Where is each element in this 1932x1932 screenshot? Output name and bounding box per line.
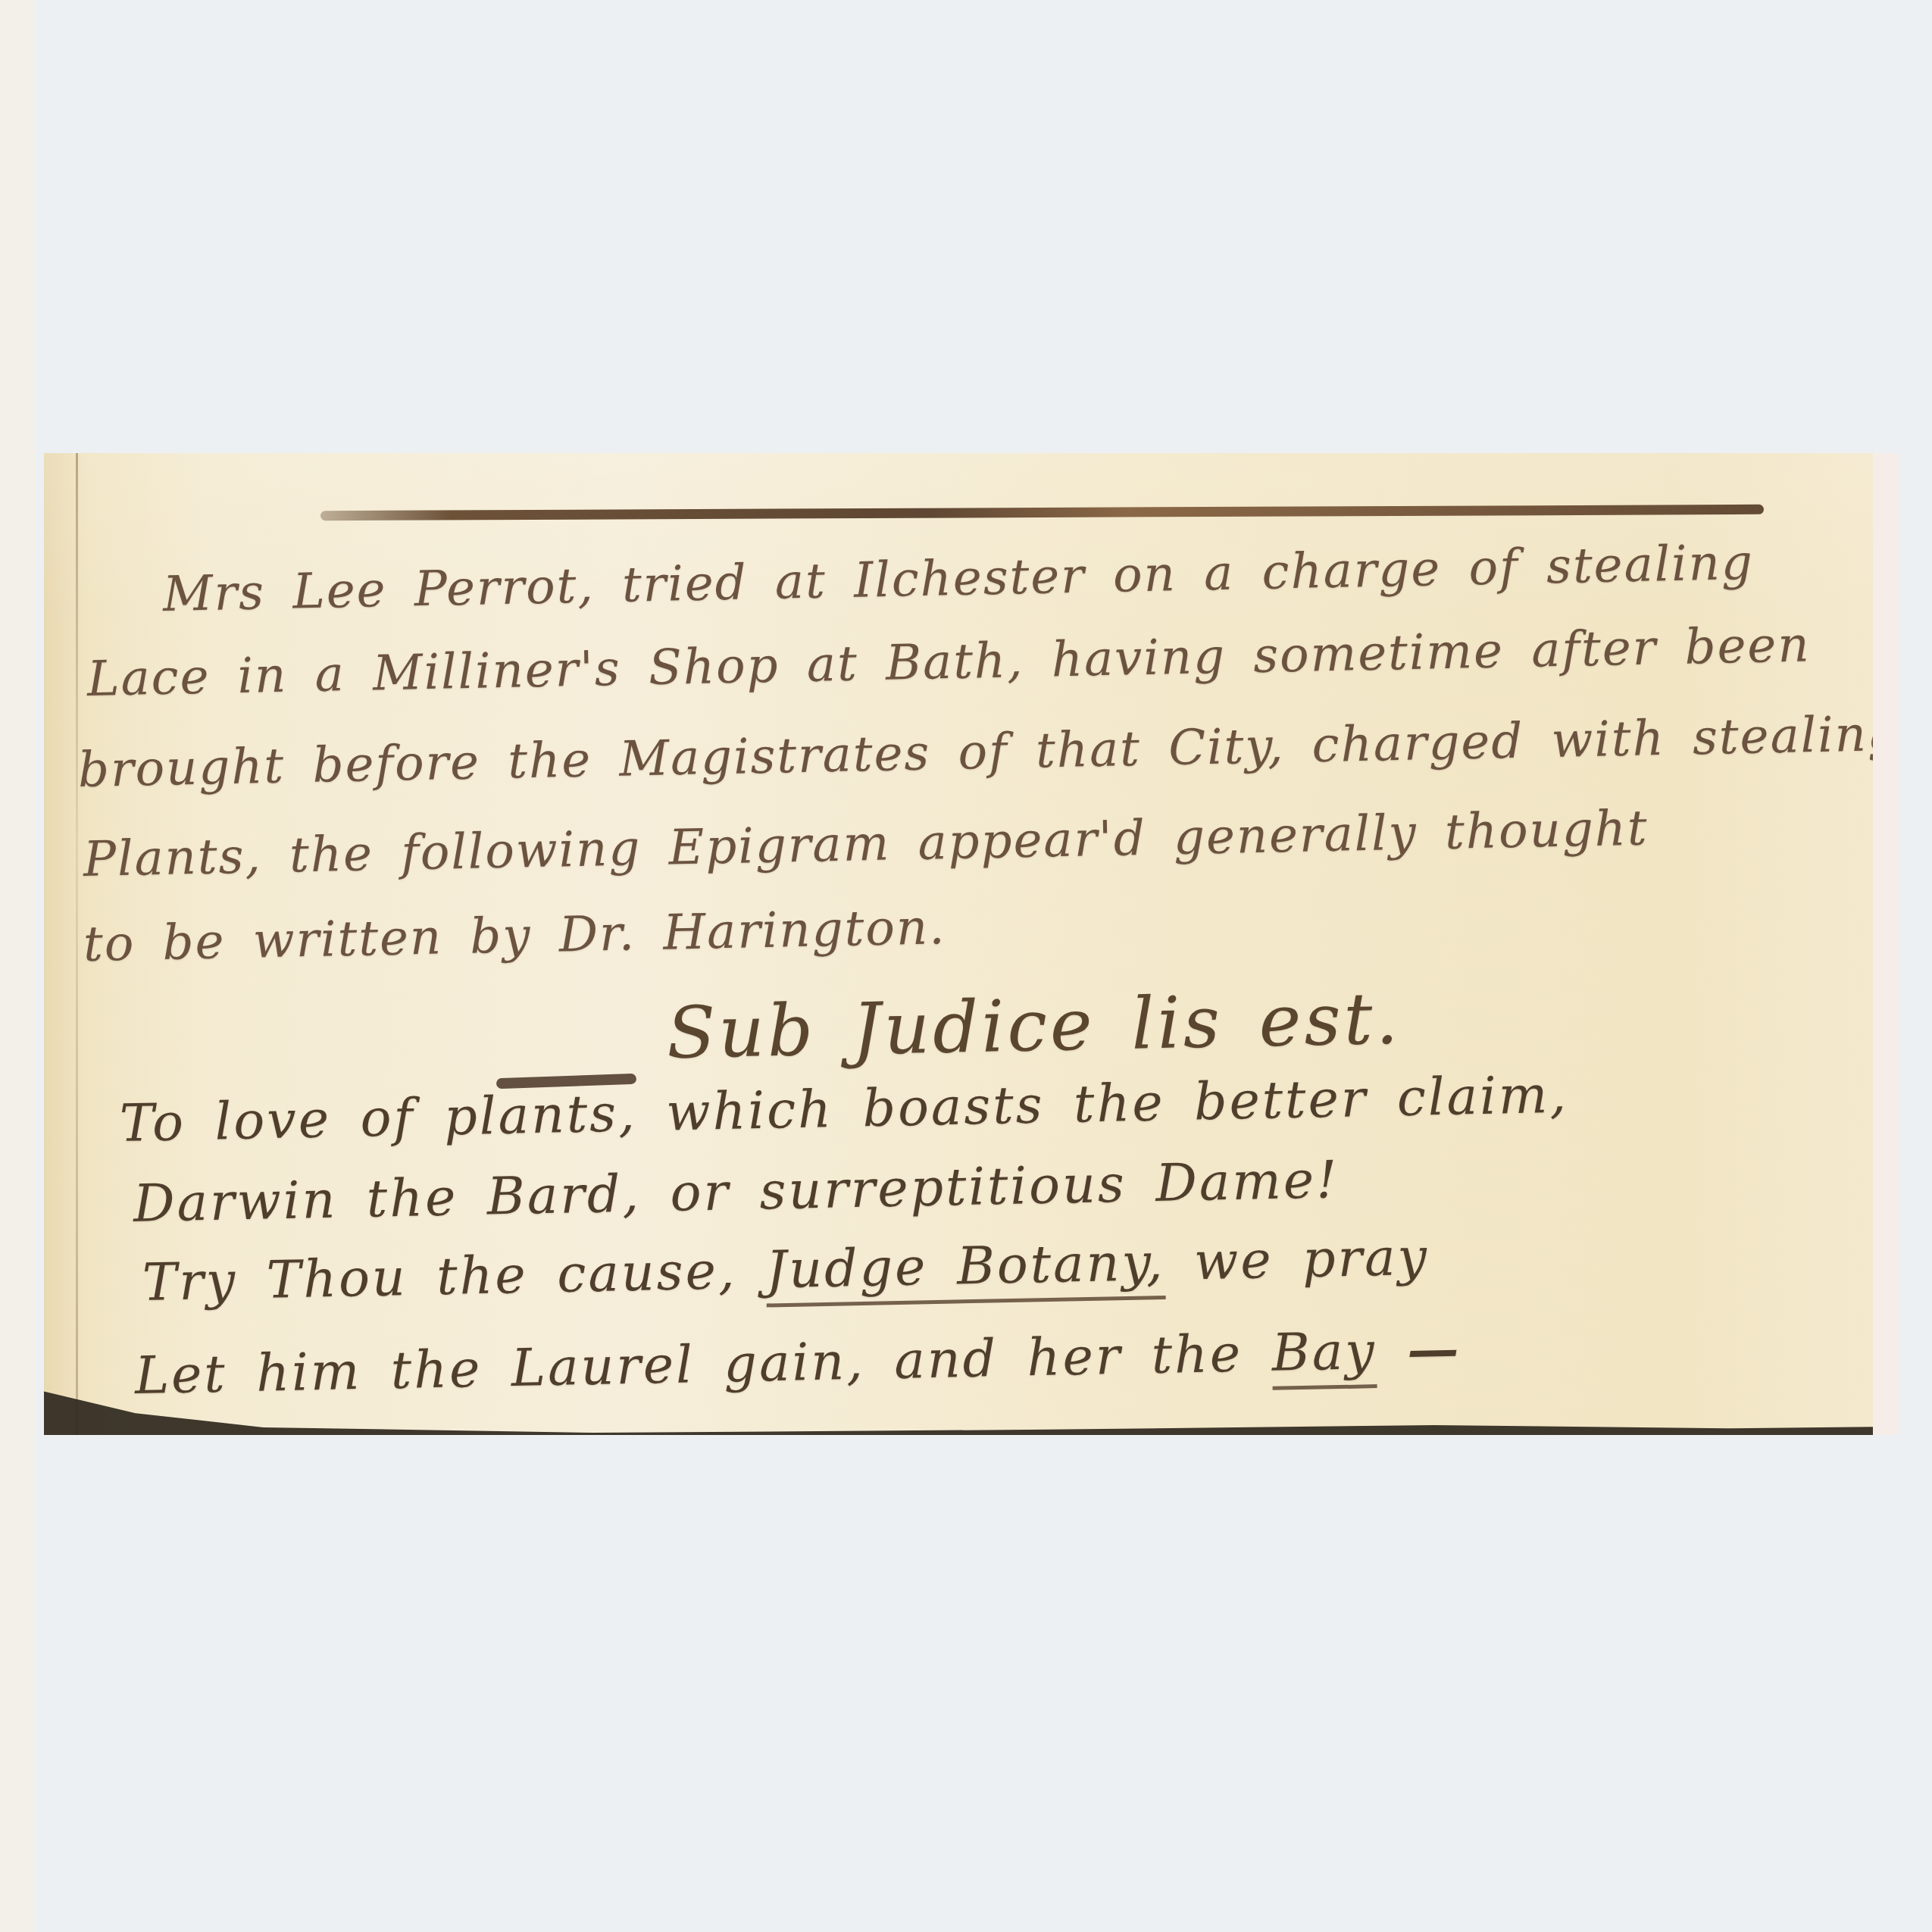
poem-line-4-pre: Let him the Laurel gain, and her the bbox=[134, 1324, 1272, 1406]
poem-line-3-underlined: Judge Botany, bbox=[765, 1233, 1165, 1308]
poem-line-1: To love of plants, which boasts the bett… bbox=[119, 1065, 1569, 1154]
poem-line-4-post: — bbox=[1376, 1319, 1462, 1381]
poem-line-3: Try Thou the cause, Judge Botany, we pra… bbox=[142, 1227, 1430, 1313]
poem-line-4: Let him the Laurel gain, and her the Bay… bbox=[134, 1319, 1462, 1406]
poem-line-4-underlined: Bay bbox=[1271, 1321, 1377, 1390]
intro-line-2: Lace in a Milliner's Shop at Bath, havin… bbox=[86, 617, 1811, 708]
manuscript-paper: Mrs Lee Perrot, tried at Ilchester on a … bbox=[44, 453, 1873, 1435]
poem-line-3-pre: Try Thou the cause, bbox=[142, 1240, 767, 1313]
intro-line-5: to be written by Dr. Harington. bbox=[83, 899, 946, 973]
top-rule-line bbox=[320, 505, 1764, 521]
scanner-bed-edge bbox=[0, 0, 35, 1932]
intro-line-3: brought before the Magistrates of that C… bbox=[77, 706, 1873, 799]
gutter-crease bbox=[76, 453, 78, 1435]
intro-line-1: Mrs Lee Perrot, tried at Ilchester on a … bbox=[162, 535, 1754, 623]
epigram-heading: Sub Judice lis est. bbox=[666, 978, 1402, 1075]
page-right-edge bbox=[1873, 453, 1899, 1435]
poem-line-3-post: we pray bbox=[1165, 1227, 1430, 1293]
poem-line-2: Darwin the Bard, or surreptitious Dame! bbox=[133, 1150, 1340, 1234]
intro-line-4: Plants, the following Epigram appear'd g… bbox=[83, 801, 1649, 888]
